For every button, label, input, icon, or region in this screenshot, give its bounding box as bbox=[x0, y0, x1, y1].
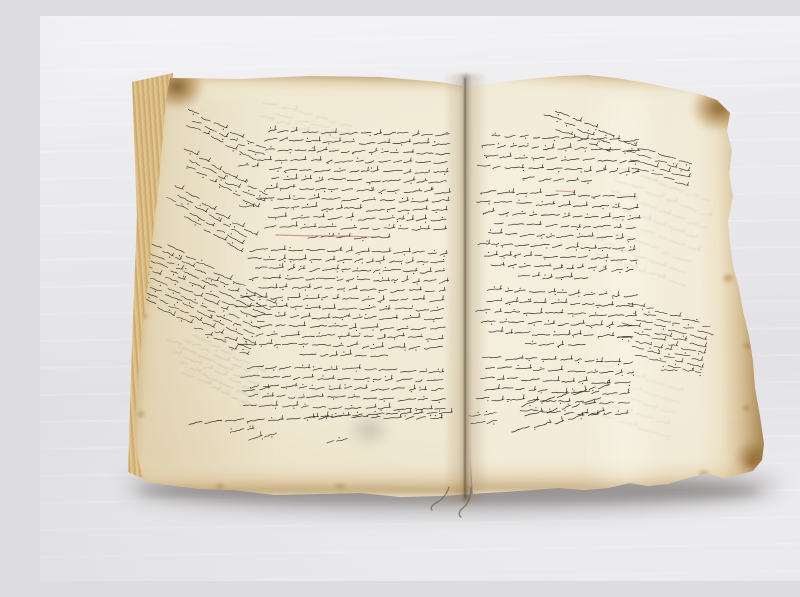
left-margin-note-3-diacritic-dots bbox=[176, 197, 240, 247]
left-catchword-strokes bbox=[327, 439, 348, 443]
right-red-mark-strokes bbox=[556, 191, 574, 192]
right-margin-word bbox=[661, 366, 678, 376]
gutter-fold-line bbox=[464, 78, 466, 498]
manuscript-photo bbox=[40, 16, 800, 581]
right-red-mark bbox=[556, 190, 574, 195]
right-margin-word-strokes bbox=[661, 368, 677, 373]
right-margin-note-mid-diacritic-dots bbox=[625, 302, 715, 375]
left-margin-word-1 bbox=[243, 162, 260, 172]
left-red-mark-strokes bbox=[276, 235, 376, 237]
left-margin-word-2-strokes bbox=[239, 202, 255, 208]
left-margin-word-2 bbox=[237, 202, 256, 211]
gutter-shadow bbox=[444, 74, 488, 502]
left-closing-note-2-diacritic-dots bbox=[262, 437, 272, 439]
left-main-text bbox=[260, 128, 452, 420]
left-catchword bbox=[324, 436, 349, 446]
